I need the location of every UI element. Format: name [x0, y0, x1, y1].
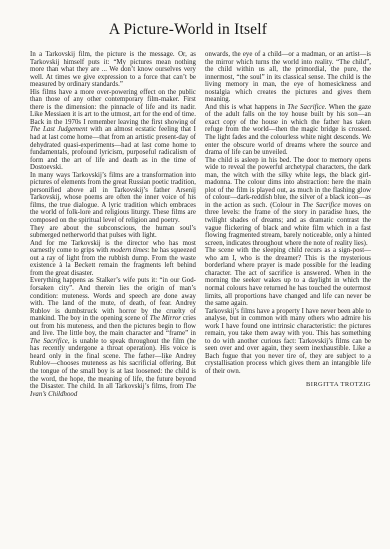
article-page: A Picture-World in Itself In a Tarkovski… [0, 0, 390, 549]
paragraph: Tarkovskij’s films have a property I hav… [205, 308, 371, 376]
page-title: A Picture-World in Itself [0, 21, 376, 39]
text-segment: His films have a more over-powering effe… [30, 89, 196, 126]
text-segment: They are about the subconscious, the hum… [30, 225, 196, 240]
film-title-italic: The Mirror [150, 315, 181, 322]
text-segment: In a Tarkovskij film, the picture is the… [30, 51, 196, 88]
text-segment: And this is what happens in [205, 104, 287, 111]
author-byline: BIRGITTA TROTZIG [205, 381, 371, 389]
paragraph: Everything happens as Stalker’s wife put… [30, 277, 196, 398]
text-segment: Tarkovskij’s films have a property I hav… [205, 308, 371, 375]
paragraph: His films have a more over-powering effe… [30, 89, 196, 172]
paragraph: In many ways Tarkovskij’s films are a tr… [30, 172, 196, 225]
text-segment: with an almost ecstatic feeling that I h… [30, 126, 196, 171]
paragraph: The child is asleep in his bed. The door… [205, 157, 371, 248]
text-segment: The scene with the sleeping child recurs… [205, 247, 371, 307]
text-segment: onwards, the eye of a child—or a madman,… [205, 51, 371, 103]
text-segment: . When the gaze of the adult falls on th… [205, 104, 371, 156]
paragraph: In a Tarkovskij film, the picture is the… [30, 51, 196, 89]
film-title-italic: The Last Judgement [30, 126, 87, 133]
text-segment: , is unable to speak throughout the film… [30, 338, 196, 390]
paragraph: They are about the subconscious, the hum… [30, 225, 196, 240]
paragraph: And this is what happens in The Sacrific… [205, 104, 371, 157]
film-title-italic: The Sacrifice [303, 202, 341, 209]
film-title-italic: The Sacrifice [287, 104, 324, 111]
paragraph: And for me Tarkovskij is the director wh… [30, 240, 196, 278]
text-segment: In many ways Tarkovskij’s films are a tr… [30, 172, 196, 224]
paragraph: The scene with the sleeping child recurs… [205, 247, 371, 307]
text-segment: moves on three levels: the frame of the … [205, 202, 371, 247]
paragraph: onwards, the eye of a child—or a madman,… [205, 51, 371, 104]
film-title-italic: modern times [110, 247, 147, 254]
left-column: In a Tarkovskij film, the picture is the… [30, 51, 196, 398]
right-column: onwards, the eye of a child—or a madman,… [205, 51, 371, 398]
film-title-italic: The Sacrifice [30, 338, 68, 345]
text-columns: In a Tarkovskij film, the picture is the… [30, 51, 371, 398]
right-column-paragraphs: onwards, the eye of a child—or a madman,… [205, 51, 371, 376]
